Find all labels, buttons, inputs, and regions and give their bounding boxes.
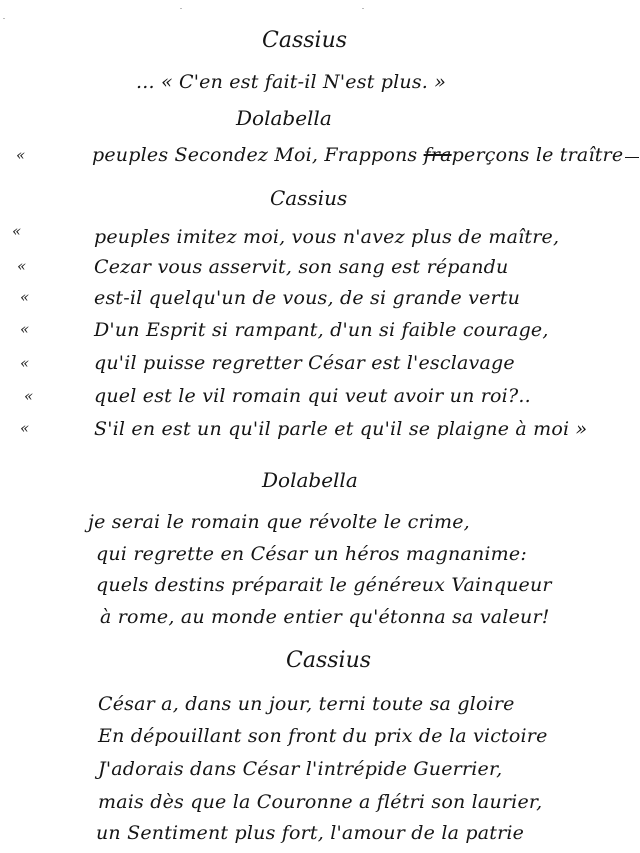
verse-line: quels destins préparait le généreux Vain… [96,576,552,595]
quote-mark: « [12,224,21,239]
verse-line: D'un Esprit si rampant, d'un si faible c… [94,321,549,340]
speaker-heading: Dolabella [262,470,358,490]
speaker-heading: Cassius [270,188,347,208]
verse-text: perçons le traître [452,144,624,166]
quote-mark: « [24,389,33,404]
verse-line: Cezar vous asservit, son sang est répand… [94,258,508,277]
verse-line: est-il quelqu'un de vous, de si grande v… [94,289,520,308]
verse-line: quel est le vil romain qui veut avoir un… [94,387,531,406]
verse-text: peuples Secondez Moi, Frappons [92,144,424,166]
verse-line: peuples imitez moi, vous n'avez plus de … [94,228,559,247]
scan-speck [3,18,5,19]
verse-line: S'il en est un qu'il parle et qu'il se p… [94,420,587,439]
quote-mark: « [20,290,29,305]
speaker-heading: Cassius [262,30,347,52]
struck-text: fra [424,144,452,166]
line-flourish [625,157,639,158]
verse-line: En dépouillant son front du prix de la v… [98,727,548,746]
verse-line: à rome, au monde entier qu'étonna sa val… [100,608,550,627]
quote-mark: « [20,356,29,371]
verse-line: J'adorais dans César l'intrépide Guerrie… [98,760,502,779]
speaker-heading: Cassius [286,650,371,672]
verse-line: je serai le romain que révolte le crime, [88,513,470,532]
quote-mark: « [16,148,25,163]
manuscript-page: Cassius ... « C'en est fait-il N'est plu… [0,0,640,853]
verse-line: peuples Secondez Moi, Frappons fraperçon… [92,146,639,165]
quote-mark: « [17,259,26,274]
verse-line: César a, dans un jour, terni toute sa gl… [98,695,515,714]
quote-mark: « [20,322,29,337]
scan-speck [362,8,364,9]
scan-speck [180,8,182,9]
verse-line: mais dès que la Couronne a flétri son la… [98,793,542,812]
verse-line: qui regrette en César un héros magnanime… [96,545,527,564]
verse-line: qu'il puisse regretter César est l'escla… [94,354,515,373]
verse-line: ... « C'en est fait-il N'est plus. » [136,73,446,92]
speaker-heading: Dolabella [236,108,332,128]
verse-line: un Sentiment plus fort, l'amour de la pa… [96,824,524,843]
quote-mark: « [20,421,29,436]
